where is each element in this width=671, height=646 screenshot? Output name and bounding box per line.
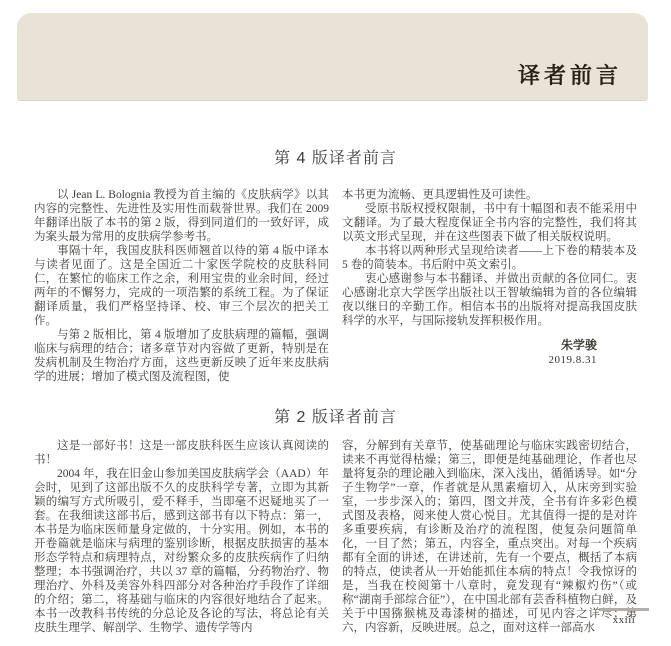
paragraph: 衷心感谢参与本书翻译、并做出贡献的各位同仁。衷心感谢北京大学医学出版社以王智敏编… (342, 272, 637, 328)
paragraph: 本书将以两种形式呈现给读者——上下卷的精装本及 5 卷的简装本。书后附中英文索引… (342, 244, 637, 272)
paragraph: 这是一部好书！这是一部皮肤科医生应该认真阅读的书！ (34, 439, 329, 467)
paragraph: 以 Jean L. Bolognia 教授为首主编的《皮肤病学》以其内容的完整性… (34, 188, 329, 244)
header-band: 译者前言 (17, 13, 648, 101)
section-heading: 第 2 版译者前言 (0, 404, 671, 427)
left-column: 这是一部好书！这是一部皮肤科医生应该认真阅读的书！ 2004 年，我在旧金山参加… (34, 439, 329, 635)
signature-date: 2019.8.31 (342, 353, 597, 368)
paragraph-continuation: 本书更为流畅、更具逻辑性及可读性。 (342, 188, 637, 202)
two-column-text: 以 Jean L. Bolognia 教授为首主编的《皮肤病学》以其内容的完整性… (0, 188, 671, 384)
paragraph: 事隔十年，我国皮肤科医师翘首以待的第 4 版中译本与读者见面了。这是全国近二十家… (34, 244, 329, 328)
two-column-text: 这是一部好书！这是一部皮肤科医生应该认真阅读的书！ 2004 年，我在旧金山参加… (0, 439, 671, 635)
footer-rule (599, 608, 649, 611)
page-footer: xxiii (599, 608, 649, 626)
signature-block: 朱学骏 2019.8.31 (342, 338, 637, 368)
preface-section-edition-2: 第 2 版译者前言 这是一部好书！这是一部皮肤科医生应该认真阅读的书！ 2004… (0, 404, 671, 635)
header-title: 译者前言 (518, 59, 622, 90)
preface-section-edition-4: 第 4 版译者前言 以 Jean L. Bolognia 教授为首主编的《皮肤病… (0, 145, 671, 384)
paragraph-continuation: 容，分解到有关章节，使基础理论与临床实践密切结合，读来不再觉得枯燥；第三，即便是… (342, 439, 637, 635)
page-content: 第 4 版译者前言 以 Jean L. Bolognia 教授为首主编的《皮肤病… (0, 145, 671, 635)
paragraph: 2004 年，我在旧金山参加美国皮肤病学会（AAD）年会时，见到了这部出版不久的… (34, 467, 329, 635)
section-heading: 第 4 版译者前言 (0, 145, 671, 168)
paragraph: 与第 2 版相比，第 4 版增加了皮肤病理的篇幅，强调临床与病理的结合；诸多章节… (34, 328, 329, 384)
left-column: 以 Jean L. Bolognia 教授为首主编的《皮肤病学》以其内容的完整性… (34, 188, 329, 384)
page-number: xxiii (599, 614, 649, 626)
right-column: 容，分解到有关章节，使基础理论与临床实践密切结合，读来不再觉得枯燥；第三，即便是… (342, 439, 637, 635)
paragraph: 受原书版权授权限制，书中有十幅图和表不能采用中文翻译。为了最大程度保证全书内容的… (342, 202, 637, 244)
signature-name: 朱学骏 (342, 338, 597, 353)
right-column: 本书更为流畅、更具逻辑性及可读性。 受原书版权授权限制，书中有十幅图和表不能采用… (342, 188, 637, 384)
